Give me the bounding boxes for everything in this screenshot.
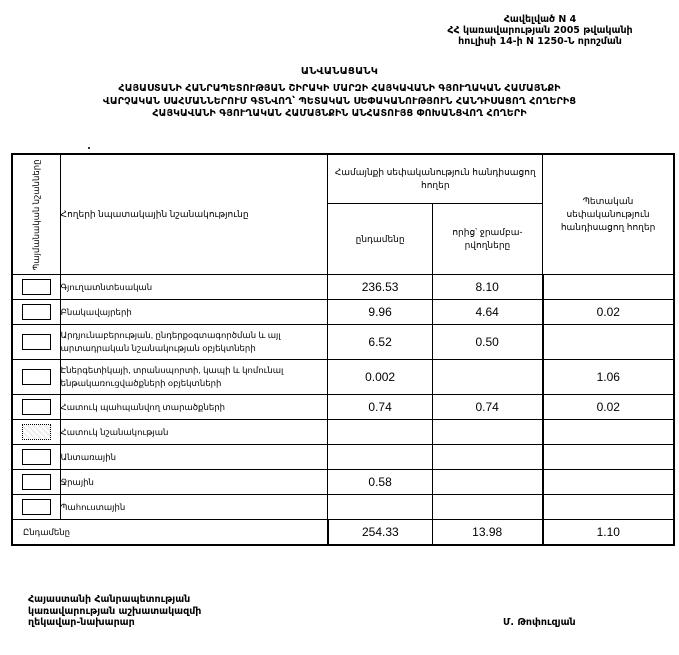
legend-cell [12, 325, 60, 360]
document-subtitle: ՀԱՅԱՍՏԱՆԻ ՀԱՆՐԱՊԵՏՈՒԹՅԱՆ ՇԻՐԱԿԻ ՄԱՐԶԻ ՀԱ… [10, 83, 669, 121]
table-row: Պահուստային [12, 495, 674, 520]
total-area-cell [328, 495, 432, 520]
legend-cell [12, 275, 60, 300]
scan-speck [88, 147, 90, 149]
land-table: Պայմանական նշանները Հողերի նպատակային նշ… [11, 153, 675, 546]
total-area-cell: 9.96 [328, 300, 432, 325]
state-area-cell [543, 420, 674, 445]
total-sum-cell: 254.33 [328, 520, 432, 546]
header-total: ընդամենը [328, 204, 432, 275]
legend-cell [12, 300, 60, 325]
legend-swatch-icon [22, 279, 51, 295]
table-row: Անտառային [12, 445, 674, 470]
table-row: Գյուղատնտեսական236.538.10 [12, 275, 674, 300]
table-row: Հատուկ պահպանվող տարածքների0.740.740.02 [12, 395, 674, 420]
irrigated-area-cell [432, 360, 542, 395]
legend-swatch-icon [22, 334, 51, 350]
irrigated-sum-cell: 13.98 [432, 520, 542, 546]
header-community-group: Համայնքի սեփականություն հանդիսացող հողեր [328, 154, 543, 204]
header-irrigated: որից՝ ջրամբա-րվողները [432, 204, 542, 275]
total-area-cell: 236.53 [328, 275, 432, 300]
appendix-line: հուլիսի 14-ի N 1250-Ն որոշման [415, 36, 665, 47]
subtitle-line: ՎԱՐՉԱԿԱՆ ՍԱՀՄԱՆՆԵՐՈՒՄ ԳՏՆՎՈՂ՝ ՊԵՏԱԿԱՆ ՍԵ… [10, 96, 669, 109]
irrigated-area-cell [432, 470, 542, 495]
land-category-label: Անտառային [60, 445, 328, 470]
table-row: Հատուկ նշանակության [12, 420, 674, 445]
state-area-cell [543, 495, 674, 520]
legend-swatch-icon [22, 369, 51, 385]
legend-swatch-icon [22, 304, 51, 320]
state-area-cell: 0.02 [543, 395, 674, 420]
header-code-label: Պայմանական նշանները [31, 159, 41, 270]
irrigated-area-cell: 8.10 [432, 275, 542, 300]
table-row: Արդյունաբերության, ընդերքօգտագործման և ա… [12, 325, 674, 360]
signatory-line: կառավարության աշխատակազմի [28, 606, 201, 618]
state-area-cell [543, 325, 674, 360]
total-area-cell [328, 445, 432, 470]
table-row: Ջրային0.58 [12, 470, 674, 495]
irrigated-area-cell [432, 495, 542, 520]
land-category-label: Գյուղատնտեսական [60, 275, 328, 300]
appendix-line: ՀՀ կառավարության 2005 թվականի [415, 25, 665, 36]
signatory-name: Մ. Թոփուզյան [503, 617, 576, 629]
document-title: ԱՆՎԱՆԱՑԱՆԿ [0, 66, 679, 78]
land-category-label: Արդյունաբերության, ընդերքօգտագործման և ա… [60, 325, 328, 360]
header-state-owned: Պետական սեփականություն հանդիսացող հողեր [543, 154, 674, 275]
land-category-label: Բնակավայրերի [60, 300, 328, 325]
total-area-cell: 6.52 [328, 325, 432, 360]
signatory-line: Հայաստանի Հանրապետության [28, 594, 201, 606]
legend-swatch-icon [22, 449, 51, 465]
header-land-category: Հողերի նպատակային նշանակությունը [60, 154, 328, 275]
state-sum-cell: 1.10 [543, 520, 674, 546]
irrigated-area-cell [432, 445, 542, 470]
land-category-label: Հատուկ պահպանվող տարածքների [60, 395, 328, 420]
state-area-cell: 1.06 [543, 360, 674, 395]
legend-cell [12, 360, 60, 395]
state-area-cell [543, 275, 674, 300]
hatched-legend-swatch-icon [22, 424, 51, 440]
legend-cell [12, 445, 60, 470]
header-code: Պայմանական նշանները [12, 154, 60, 275]
signatory-line: ղեկավար-նախարար [28, 617, 201, 629]
land-category-label: Ջրային [60, 470, 328, 495]
legend-cell [12, 395, 60, 420]
land-category-label: Էներգետիկայի, տրանսպորտի, կապի և կոմունա… [60, 360, 328, 395]
state-area-cell [543, 470, 674, 495]
legend-swatch-icon [22, 474, 51, 490]
total-area-cell: 0.58 [328, 470, 432, 495]
legend-cell [12, 420, 60, 445]
subtitle-line: ՀԱՅԱՍՏԱՆԻ ՀԱՆՐԱՊԵՏՈՒԹՅԱՆ ՇԻՐԱԿԻ ՄԱՐԶԻ ՀԱ… [10, 83, 669, 96]
total-label: Ընդամենը [12, 520, 328, 546]
appendix-line: Հավելված N 4 [415, 14, 665, 25]
land-category-label: Պահուստային [60, 495, 328, 520]
irrigated-area-cell: 0.50 [432, 325, 542, 360]
total-area-cell: 0.74 [328, 395, 432, 420]
irrigated-area-cell: 0.74 [432, 395, 542, 420]
legend-cell [12, 495, 60, 520]
total-area-cell [328, 420, 432, 445]
state-area-cell [543, 445, 674, 470]
total-area-cell: 0.002 [328, 360, 432, 395]
legend-swatch-icon [22, 399, 51, 415]
legend-cell [12, 470, 60, 495]
table-row: Էներգետիկայի, տրանսպորտի, կապի և կոմունա… [12, 360, 674, 395]
state-area-cell: 0.02 [543, 300, 674, 325]
appendix-reference: Հավելված N 4 ՀՀ կառավարության 2005 թվակա… [415, 14, 665, 47]
signatory-position: Հայաստանի Հանրապետության կառավարության ա… [28, 594, 201, 629]
legend-swatch-icon [22, 499, 51, 515]
irrigated-area-cell [432, 420, 542, 445]
irrigated-area-cell: 4.64 [432, 300, 542, 325]
table-row: Բնակավայրերի9.964.640.02 [12, 300, 674, 325]
land-category-label: Հատուկ նշանակության [60, 420, 328, 445]
subtitle-line: ՀԱՅԿԱՎԱՆԻ ԳՅՈՒՂԱԿԱՆ ՀԱՄԱՅՆՔԻՆ ԱՆՀԱՏՈՒՅՑ … [10, 108, 669, 121]
total-row: Ընդամենը254.3313.981.10 [12, 520, 674, 546]
